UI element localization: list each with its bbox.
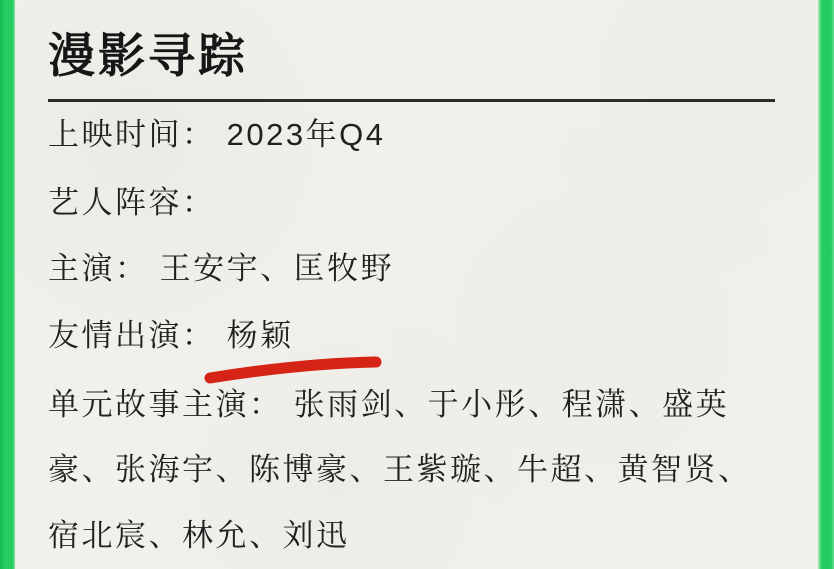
title-divider — [48, 99, 775, 102]
photo-card: 漫影寻踪 上映时间： 2023年Q4 艺人阵容： 主演： 王安宇、匡牧野 友情出… — [0, 0, 834, 569]
cast-header-line: 艺人阵容： — [48, 184, 216, 221]
paper-card: 漫影寻踪 上映时间： 2023年Q4 艺人阵容： 主演： 王安宇、匡牧野 友情出… — [15, 0, 819, 569]
release-date-line: 上映时间： 2023年Q4 — [48, 116, 385, 153]
lead-actors-line: 主演： 王安宇、匡牧野 — [48, 250, 394, 287]
unit-cast-line-3: 宿北宸、林允、刘迅 — [48, 517, 350, 554]
unit-cast-line-1: 单元故事主演： 张雨剑、于小彤、程潇、盛英 — [48, 386, 729, 423]
unit-cast-line-2: 豪、张海宇、陈博豪、王紫璇、牛超、黄智贤、 — [48, 451, 752, 488]
page-title: 漫影寻踪 — [48, 30, 248, 82]
guest-actor-line: 友情出演： 杨颖 — [48, 317, 294, 354]
red-underline-mark — [198, 350, 388, 390]
left-green-border — [0, 0, 16, 569]
right-green-border — [818, 0, 834, 569]
